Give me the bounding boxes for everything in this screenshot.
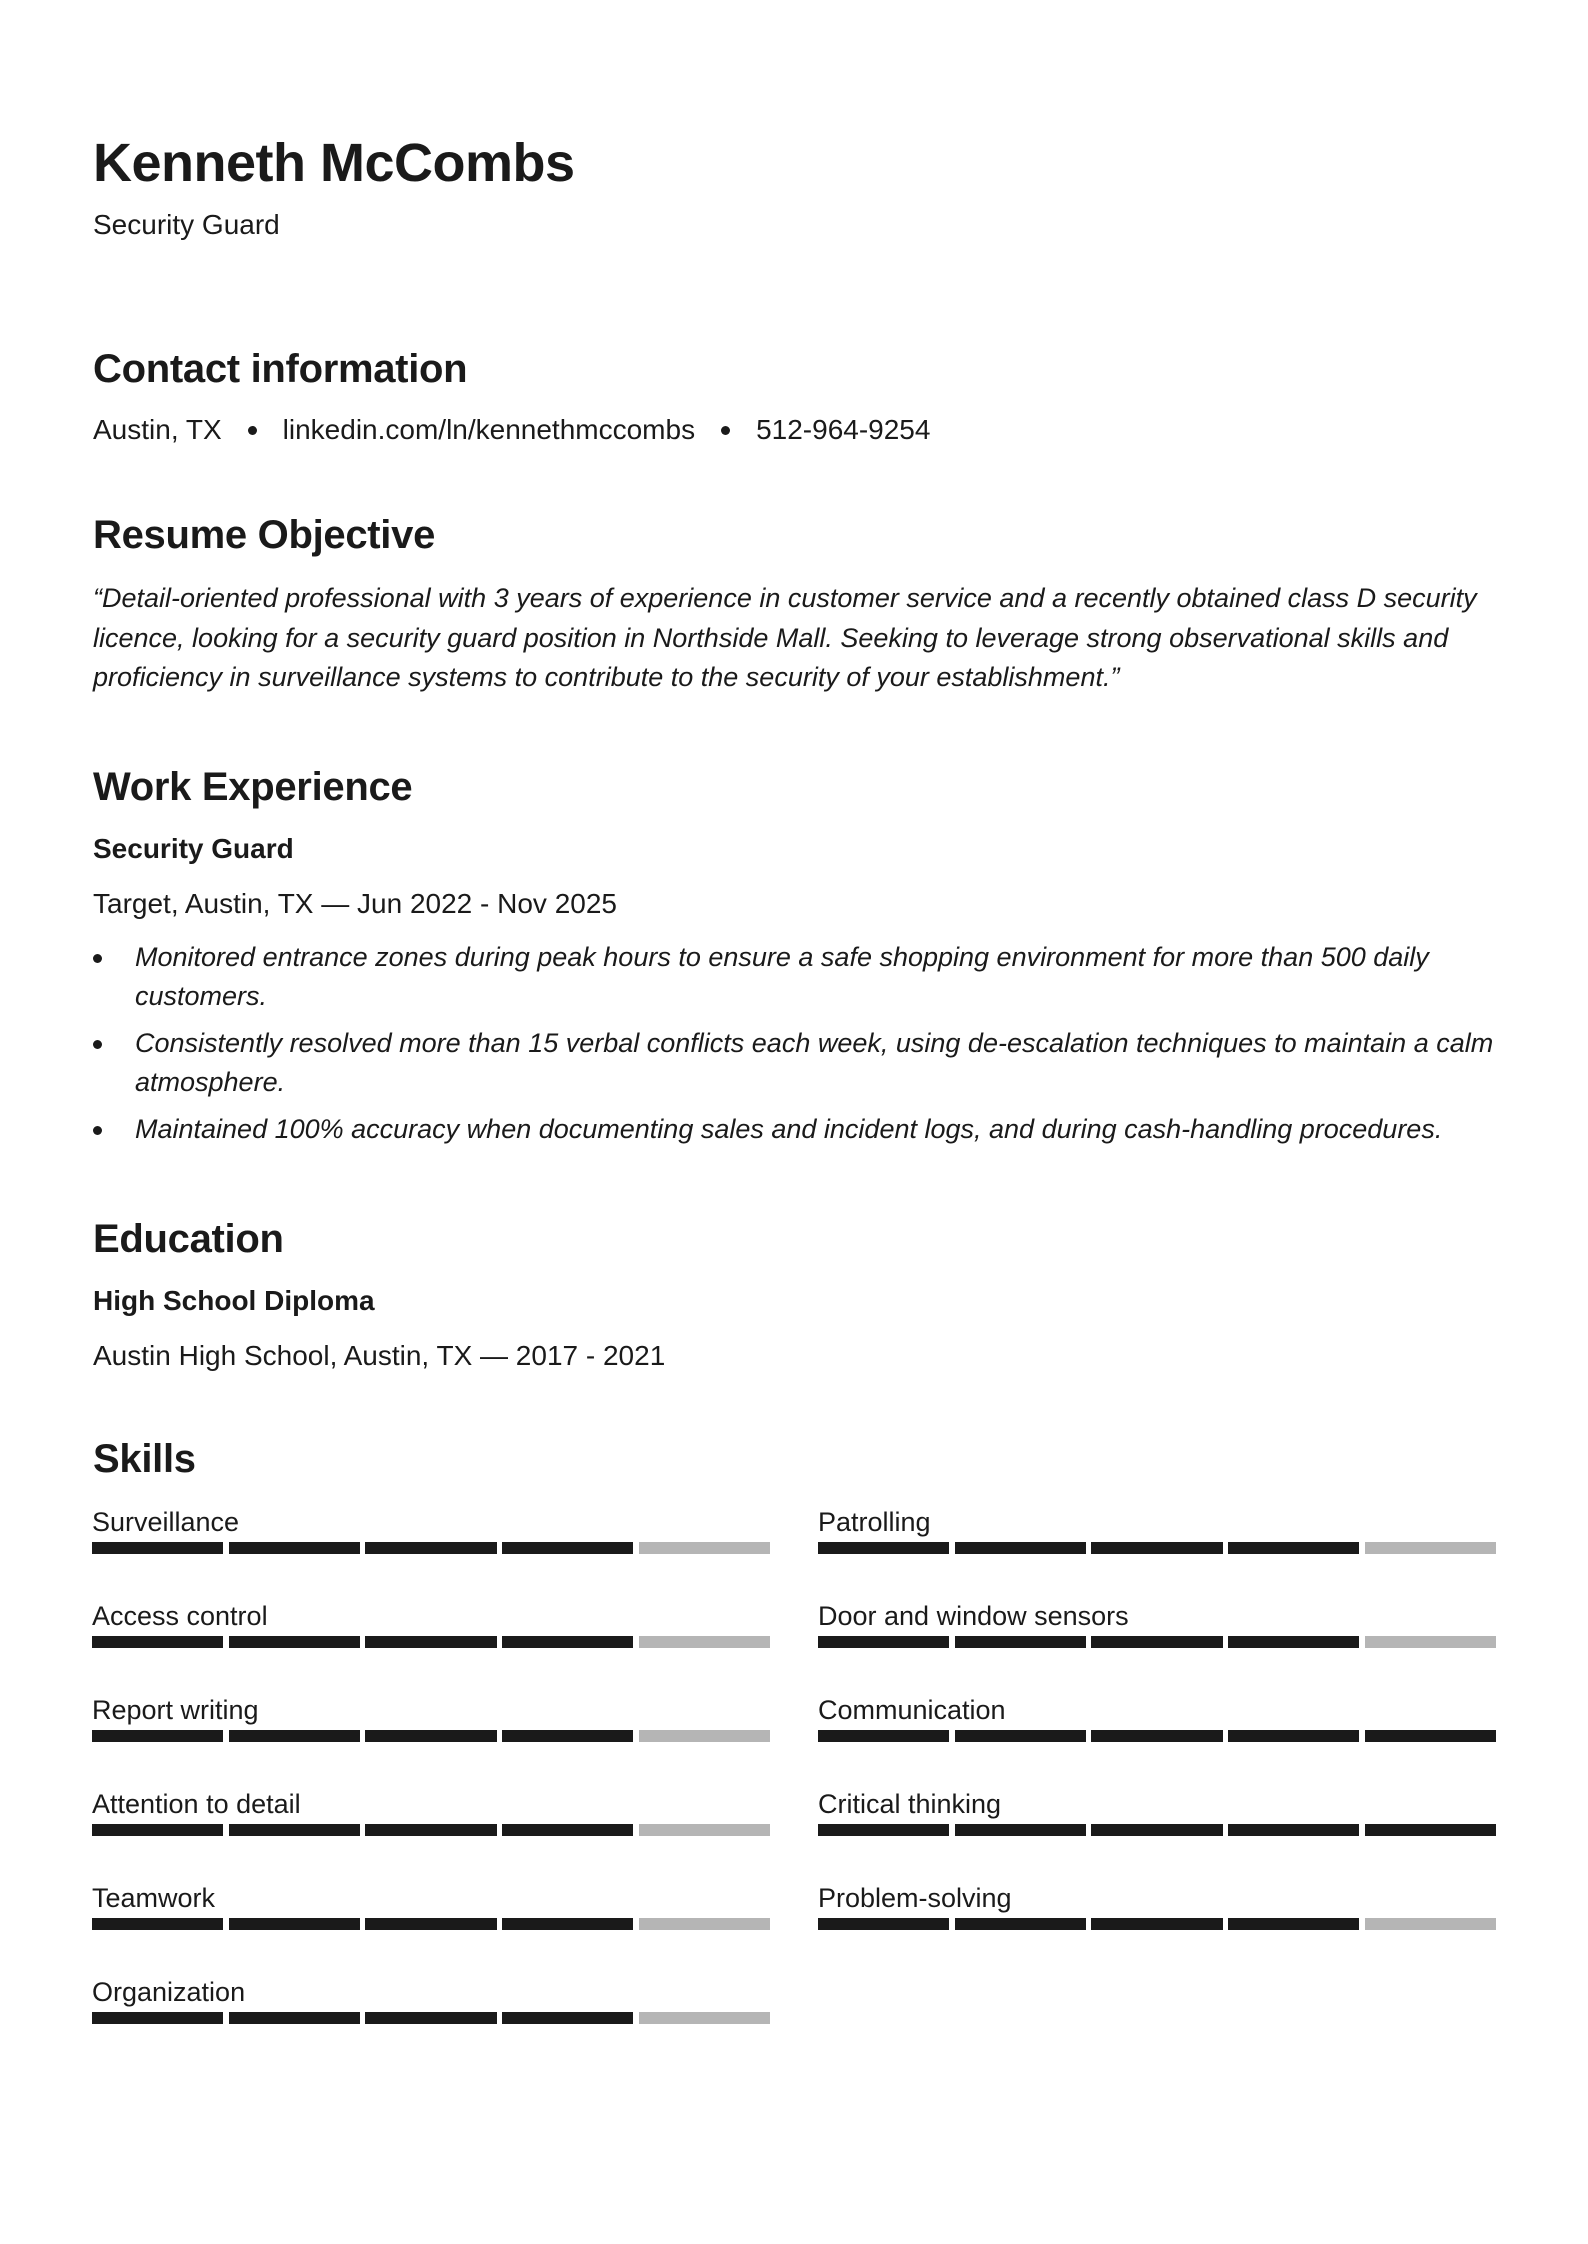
skill-segment-filled — [229, 2012, 360, 2024]
skill-segment-filled — [1365, 1730, 1496, 1742]
bullet-separator-icon — [721, 426, 730, 435]
skill-segment-filled — [1091, 1918, 1222, 1930]
skill-level-bar — [92, 2012, 770, 2024]
skill-name: Door and window sensors — [818, 1597, 1496, 1635]
skill-segment-empty — [639, 2012, 770, 2024]
contact-location: Austin, TX — [93, 410, 222, 450]
skill-item: Problem-solving — [818, 1879, 1496, 1973]
work-heading: Work Experience — [93, 761, 412, 813]
skill-segment-filled — [955, 1918, 1086, 1930]
skill-name: Problem-solving — [818, 1879, 1496, 1917]
skill-segment-filled — [502, 1918, 633, 1930]
skill-item: Surveillance — [92, 1503, 770, 1597]
skill-item: Critical thinking — [818, 1785, 1496, 1879]
objective-heading: Resume Objective — [93, 509, 435, 561]
skill-level-bar — [92, 1918, 770, 1930]
skill-segment-filled — [365, 1542, 496, 1554]
skill-level-bar — [818, 1824, 1496, 1836]
skill-segment-filled — [1228, 1824, 1359, 1836]
job-bullet-text: Maintained 100% accuracy when documentin… — [135, 1114, 1442, 1144]
job-bullet: Maintained 100% accuracy when documentin… — [93, 1110, 1513, 1149]
skill-segment-filled — [92, 1542, 223, 1554]
skill-name: Communication — [818, 1691, 1496, 1729]
skill-segment-filled — [955, 1542, 1086, 1554]
bullet-separator-icon — [248, 426, 257, 435]
skill-segment-filled — [365, 1824, 496, 1836]
objective-text: “Detail-oriented professional with 3 yea… — [93, 579, 1513, 698]
skill-segment-filled — [818, 1918, 949, 1930]
candidate-title: Security Guard — [93, 205, 280, 245]
skill-segment-filled — [92, 1918, 223, 1930]
skill-segment-filled — [502, 1542, 633, 1554]
skill-segment-filled — [229, 1730, 360, 1742]
skill-segment-filled — [1228, 1542, 1359, 1554]
skill-item: Patrolling — [818, 1503, 1496, 1597]
skill-level-bar — [818, 1542, 1496, 1554]
skill-segment-filled — [1091, 1824, 1222, 1836]
skill-item: Organization — [92, 1973, 770, 2067]
skill-segment-filled — [229, 1918, 360, 1930]
contact-heading: Contact information — [93, 343, 467, 395]
skill-segment-filled — [818, 1636, 949, 1648]
skill-segment-filled — [365, 1636, 496, 1648]
skill-level-bar — [92, 1542, 770, 1554]
skill-segment-filled — [229, 1542, 360, 1554]
skill-segment-empty — [639, 1824, 770, 1836]
skill-name: Access control — [92, 1597, 770, 1635]
skill-level-bar — [92, 1824, 770, 1836]
skill-segment-filled — [502, 1824, 633, 1836]
skill-segment-filled — [229, 1636, 360, 1648]
skill-level-bar — [818, 1918, 1496, 1930]
skill-segment-filled — [92, 1824, 223, 1836]
skill-segment-empty — [639, 1918, 770, 1930]
skill-name: Critical thinking — [818, 1785, 1496, 1823]
skill-level-bar — [92, 1636, 770, 1648]
skill-segment-filled — [502, 1636, 633, 1648]
skill-segment-filled — [92, 2012, 223, 2024]
skill-segment-filled — [1091, 1636, 1222, 1648]
skill-segment-filled — [1228, 1730, 1359, 1742]
skill-name: Patrolling — [818, 1503, 1496, 1541]
job-bullet: Monitored entrance zones during peak hou… — [93, 938, 1513, 1016]
skill-level-bar — [818, 1636, 1496, 1648]
job-bullet-text: Monitored entrance zones during peak hou… — [135, 942, 1429, 1011]
skill-segment-filled — [1091, 1730, 1222, 1742]
skill-segment-filled — [502, 1730, 633, 1742]
skills-heading: Skills — [93, 1433, 196, 1485]
job-meta: Target, Austin, TX — Jun 2022 - Nov 2025 — [93, 884, 617, 924]
skill-segment-filled — [365, 2012, 496, 2024]
skill-name: Organization — [92, 1973, 770, 2011]
skill-name: Surveillance — [92, 1503, 770, 1541]
skill-name: Attention to detail — [92, 1785, 770, 1823]
skill-item: Access control — [92, 1597, 770, 1691]
skill-segment-filled — [1091, 1542, 1222, 1554]
skill-segment-empty — [1365, 1918, 1496, 1930]
bullet-icon — [93, 1126, 102, 1135]
skill-item: Communication — [818, 1691, 1496, 1785]
skill-level-bar — [92, 1730, 770, 1742]
education-heading: Education — [93, 1213, 284, 1265]
bullet-icon — [93, 954, 102, 963]
skill-segment-filled — [955, 1824, 1086, 1836]
skill-item: Door and window sensors — [818, 1597, 1496, 1691]
job-bullet: Consistently resolved more than 15 verba… — [93, 1024, 1513, 1102]
skill-segment-filled — [955, 1730, 1086, 1742]
skill-segment-filled — [365, 1730, 496, 1742]
skill-segment-filled — [502, 2012, 633, 2024]
job-title: Security Guard — [93, 829, 294, 869]
skill-segment-empty — [1365, 1636, 1496, 1648]
contact-line: Austin, TX linkedin.com/ln/kennethmccomb… — [93, 410, 930, 450]
skill-name: Report writing — [92, 1691, 770, 1729]
skill-segment-empty — [639, 1636, 770, 1648]
education-degree: High School Diploma — [93, 1281, 375, 1321]
skill-segment-filled — [818, 1824, 949, 1836]
job-bullets: Monitored entrance zones during peak hou… — [93, 938, 1513, 1157]
skill-segment-empty — [639, 1730, 770, 1742]
skill-name: Teamwork — [92, 1879, 770, 1917]
skill-segment-filled — [955, 1636, 1086, 1648]
skill-segment-filled — [1365, 1824, 1496, 1836]
bullet-icon — [93, 1040, 102, 1049]
education-meta: Austin High School, Austin, TX — 2017 - … — [93, 1336, 665, 1376]
skill-segment-filled — [92, 1730, 223, 1742]
skill-segment-empty — [639, 1542, 770, 1554]
skill-segment-filled — [92, 1636, 223, 1648]
skill-segment-filled — [818, 1542, 949, 1554]
skill-segment-filled — [229, 1824, 360, 1836]
skill-item: Teamwork — [92, 1879, 770, 1973]
contact-phone[interactable]: 512-964-9254 — [756, 410, 930, 450]
resume-page: Kenneth McCombs Security Guard Contact i… — [0, 0, 1588, 2244]
skill-segment-empty — [1365, 1542, 1496, 1554]
contact-linkedin[interactable]: linkedin.com/ln/kennethmccombs — [283, 410, 695, 450]
skill-item: Report writing — [92, 1691, 770, 1785]
skill-segment-filled — [365, 1918, 496, 1930]
skill-segment-filled — [1228, 1918, 1359, 1930]
skill-item: Attention to detail — [92, 1785, 770, 1879]
skill-segment-filled — [818, 1730, 949, 1742]
skill-level-bar — [818, 1730, 1496, 1742]
candidate-name: Kenneth McCombs — [93, 128, 575, 198]
job-bullet-text: Consistently resolved more than 15 verba… — [135, 1028, 1493, 1097]
skill-segment-filled — [1228, 1636, 1359, 1648]
